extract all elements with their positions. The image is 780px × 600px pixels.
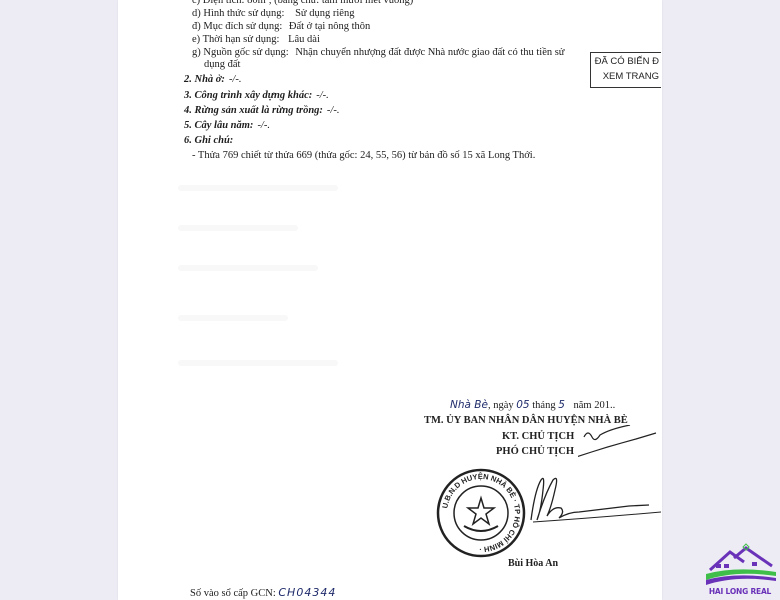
registry-number: CH04344 bbox=[278, 586, 336, 599]
day-handwritten: 05 bbox=[516, 399, 529, 411]
purpose-value: Đất ở tại nông thôn bbox=[289, 21, 370, 32]
section-label: 6. Ghi chú: bbox=[184, 135, 233, 146]
usage-form-value: Sử dụng riêng bbox=[295, 8, 354, 19]
section-label: 3. Công trình xây dựng khác: bbox=[184, 90, 312, 101]
section-value: -/-. bbox=[229, 74, 242, 85]
house-logo-icon bbox=[700, 542, 780, 586]
year: 201.. bbox=[594, 400, 615, 411]
note-text: - Thửa 769 chiết từ thửa 669 (thửa gốc: … bbox=[192, 150, 535, 162]
origin-value: Nhận chuyển nhượng đất được Nhà nước gia… bbox=[295, 47, 564, 58]
initial-scribble-icon bbox=[578, 425, 662, 465]
origin-value-cont: dụng đất bbox=[204, 59, 240, 71]
section-row: 2. Nhà ở:-/-. bbox=[184, 74, 241, 86]
term-label: e) Thời hạn sử dụng: bbox=[192, 34, 279, 45]
usage-form-label: d) Hình thức sử dụng: bbox=[192, 8, 284, 19]
place-handwritten: Nhà Bè bbox=[450, 399, 488, 411]
section-row: 4. Rừng sản xuất là rừng trồng:-/-. bbox=[184, 105, 339, 117]
signer-title-2: PHÓ CHỦ TỊCH bbox=[496, 446, 574, 457]
month-handwritten: 5 bbox=[558, 399, 565, 411]
registry-label: Số vào sổ cấp GCN: bbox=[190, 588, 276, 599]
term-value: Lâu dài bbox=[288, 34, 320, 45]
signature-icon bbox=[493, 470, 663, 535]
purpose-row: đ) Mục đích sử dụng: Đất ở tại nông thôn bbox=[192, 21, 370, 33]
change-stamp-line2: XEM TRANG bbox=[603, 71, 659, 82]
section-label: 2. Nhà ở: bbox=[184, 74, 225, 85]
usage-form-row: d) Hình thức sử dụng: Sử dụng riêng bbox=[192, 8, 354, 20]
brand-name: HAI LONG REAL bbox=[700, 587, 780, 596]
change-stamp-line1: ĐÃ CÓ BIẾN Đ bbox=[595, 56, 659, 67]
section-label: 5. Cây lâu năm: bbox=[184, 120, 253, 131]
signer-title-1: KT. CHỦ TỊCH bbox=[502, 431, 574, 442]
purpose-label: đ) Mục đích sử dụng: bbox=[192, 21, 282, 32]
date-line: Nhà Bè, ngày 05 tháng 5 năm 201.. bbox=[450, 399, 615, 412]
section-value: -/-. bbox=[257, 120, 270, 131]
change-notice-stamp: ĐÃ CÓ BIẾN Đ XEM TRANG bbox=[590, 52, 661, 88]
registry-row: Số vào sổ cấp GCN: CH04344 bbox=[190, 587, 336, 600]
term-row: e) Thời hạn sử dụng: Lâu dài bbox=[192, 34, 320, 46]
area-line: c) Diện tích: 80m², (bằng chữ: tám mươi … bbox=[192, 0, 413, 7]
section-row: 5. Cây lâu năm:-/-. bbox=[184, 120, 270, 132]
signer-name: Bùi Hòa An bbox=[508, 558, 558, 569]
section-label: 4. Rừng sản xuất là rừng trồng: bbox=[184, 105, 323, 116]
watermark-logo: HAI LONG REAL bbox=[700, 542, 780, 600]
certificate-page: c) Diện tích: 80m², (bằng chữ: tám mươi … bbox=[118, 0, 662, 600]
section-value: -/-. bbox=[327, 105, 340, 116]
section-row: 6. Ghi chú: bbox=[184, 135, 237, 147]
section-row: 3. Công trình xây dựng khác:-/-. bbox=[184, 90, 329, 102]
origin-row: g) Nguồn gốc sử dụng: Nhận chuyển nhượng… bbox=[192, 47, 565, 59]
section-value: -/-. bbox=[316, 90, 329, 101]
origin-label: g) Nguồn gốc sử dụng: bbox=[192, 47, 289, 58]
